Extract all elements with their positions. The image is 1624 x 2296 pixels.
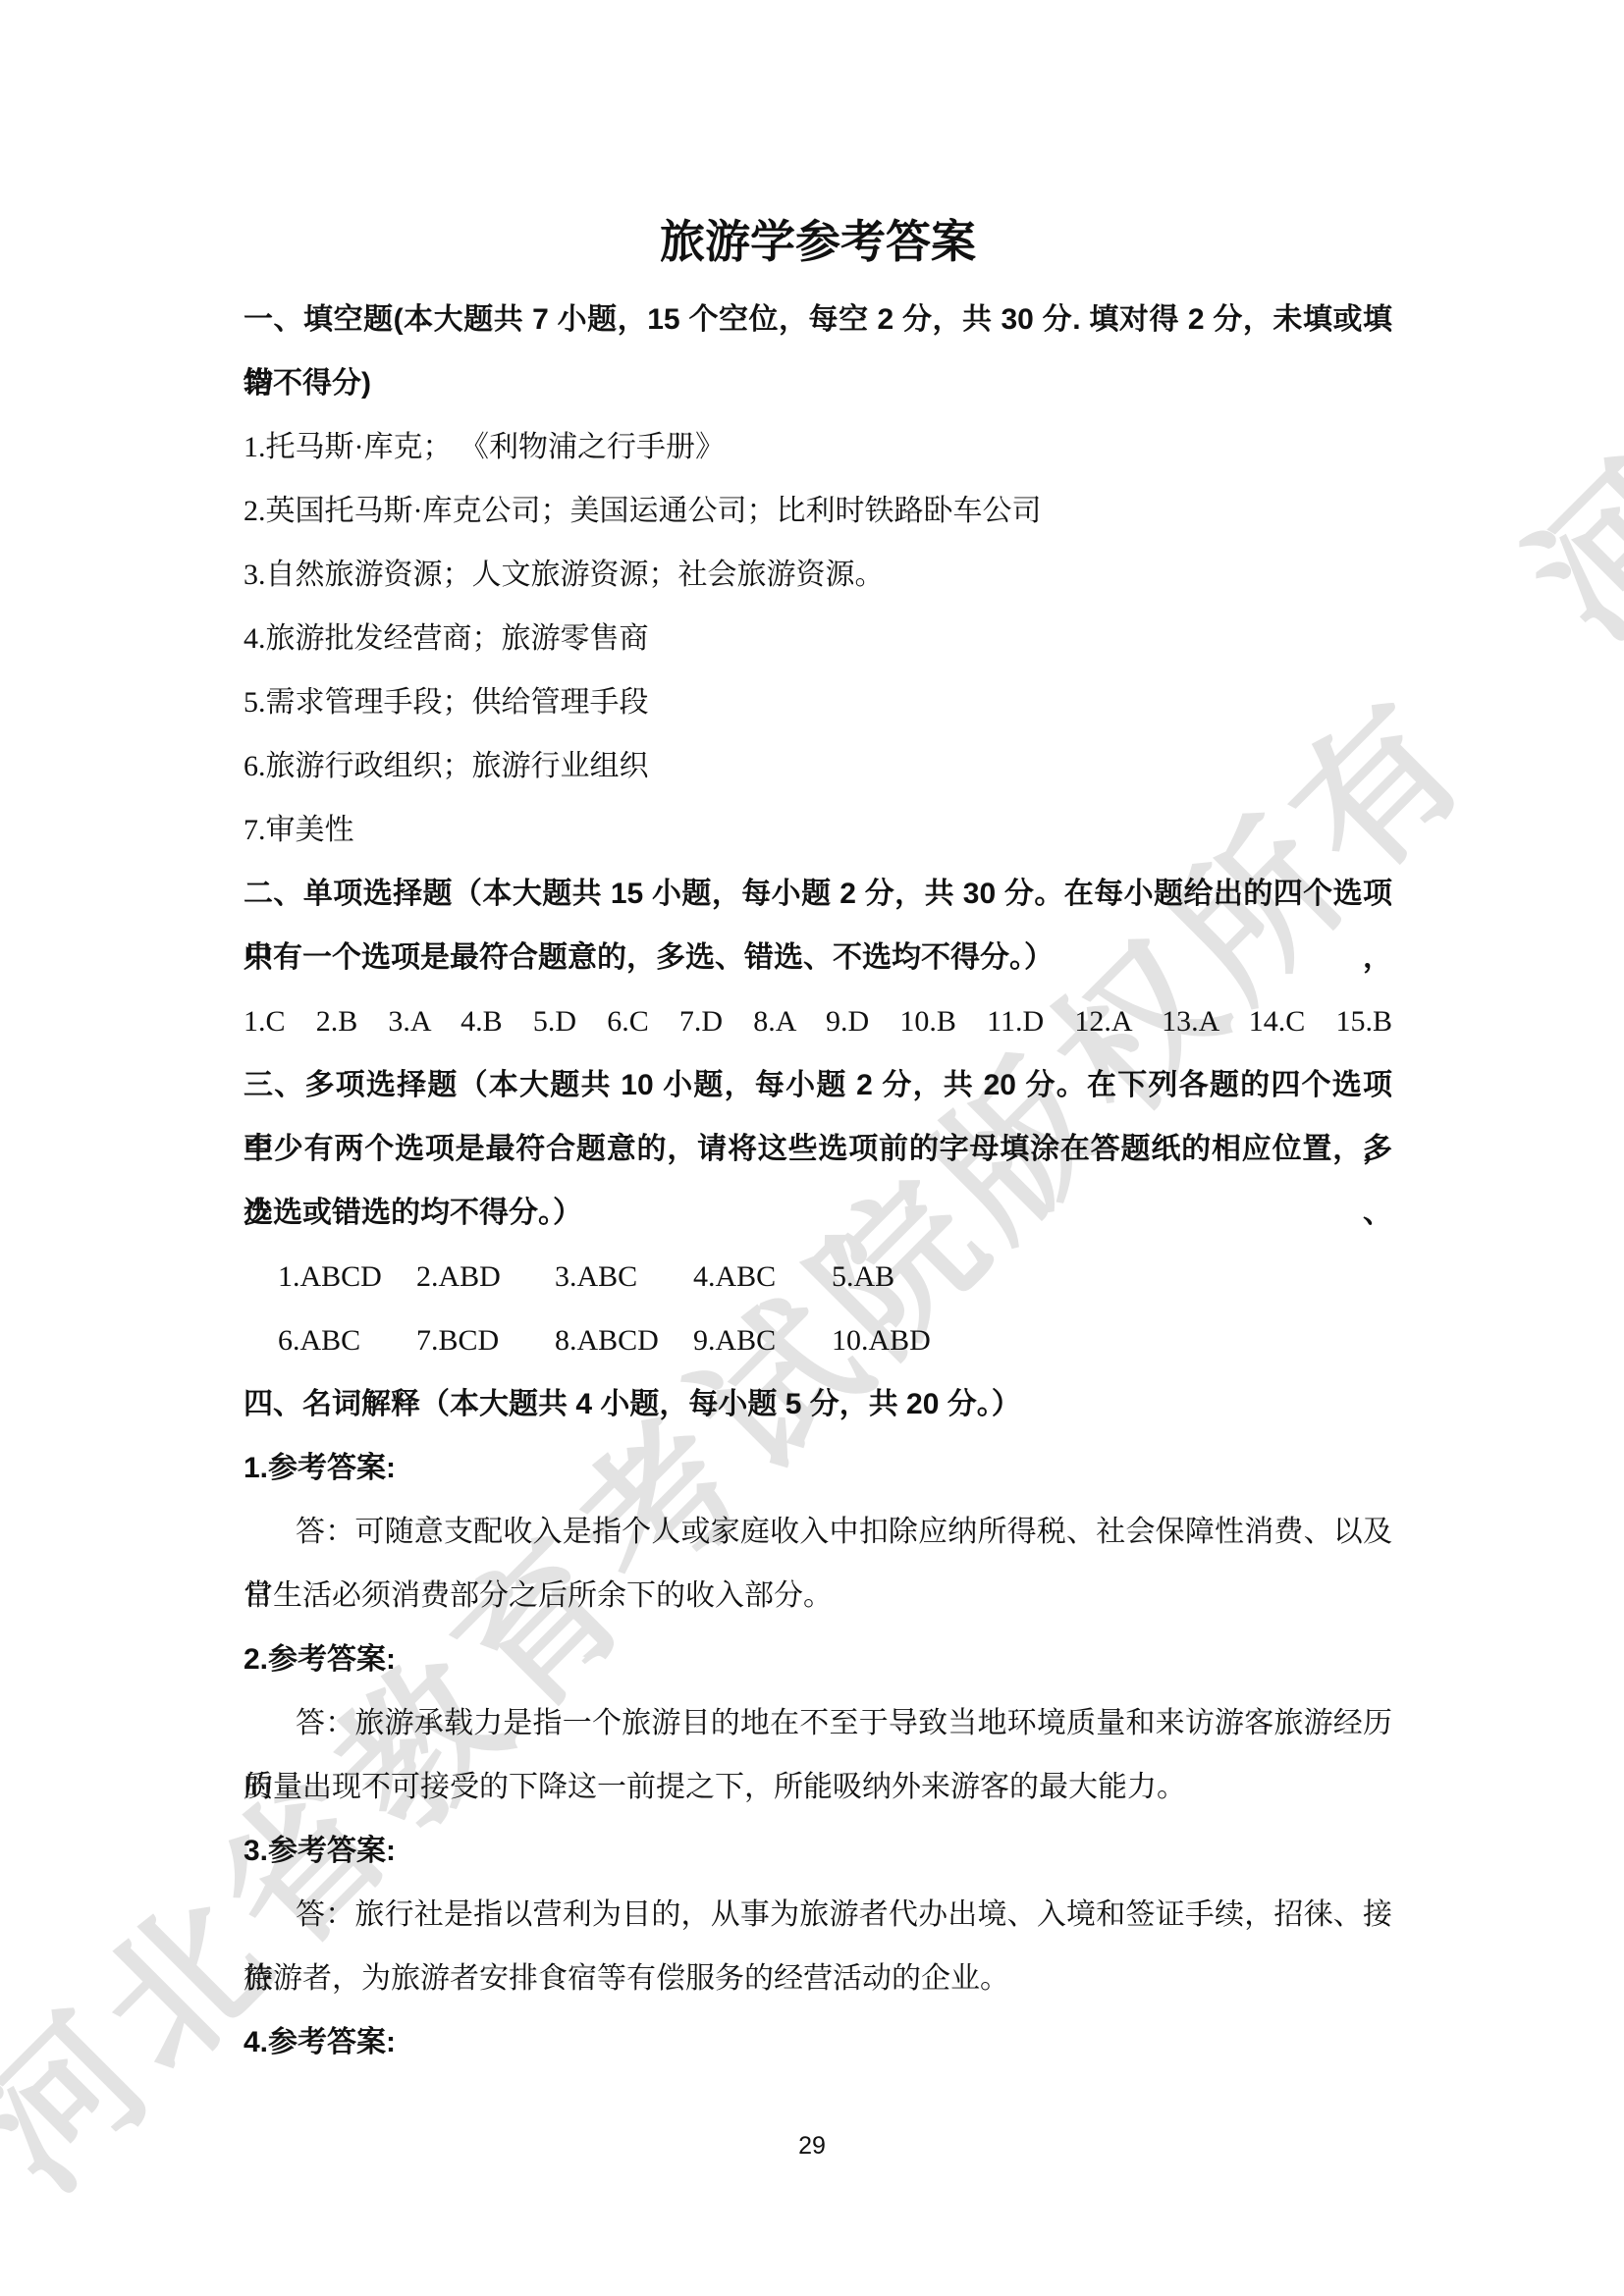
fill-answer-2: 2.英国托马斯·库克公司；美国运通公司；比利时铁路卧车公司 [244,479,1392,543]
term1-label: 1.参考答案: [244,1436,1392,1500]
term3-answer-line1: 答：旅行社是指以营利为目的，从事为旅游者代办出境、入境和签证手续，招徕、接待 [244,1883,1392,1947]
answer-cell: 5.AB [832,1245,970,1308]
term1-answer-line1: 答：可随意支配收入是指个人或家庭收入中扣除应纳所得税、社会保障性消费、以及日 [244,1500,1392,1564]
answer-cell: 1.ABCD [278,1245,416,1308]
section2-heading: 二、单项选择题（本大题共 15 小题，每小题 2 分，共 30 分。在每小题给出… [244,862,1392,926]
fill-answer-3: 3.自然旅游资源；人文旅游资源；社会旅游资源。 [244,543,1392,607]
section3-heading-cont1: 至少有两个选项是最符合题意的，请将这些选项前的字母填涂在答题纸的相应位置，多选、 [244,1117,1392,1181]
single-choice-answers: 1.C 2.B 3.A 4.B 5.D 6.C 7.D 8.A 9.D 10.B… [244,989,1392,1053]
term3-answer-line2: 旅游者，为旅游者安排食宿等有偿服务的经营活动的企业。 [244,1947,1392,2010]
answer-cell: 2.ABD [416,1245,555,1308]
section1-heading-cont: 均不得分) [244,351,1392,415]
term2-answer-line1: 答：旅游承载力是指一个旅游目的地在不至于导致当地环境质量和来访游客旅游经历的 [244,1691,1392,1755]
term2-label: 2.参考答案: [244,1628,1392,1691]
answer-cell: 9.ABC [693,1308,832,1372]
document-page: 河北省教育考试院版权所有 河北省教育考试院版权所有 旅游学参考答案 一、填空题(… [0,0,1624,2296]
section3-heading: 三、多项选择题（本大题共 10 小题，每小题 2 分，共 20 分。在下列各题的… [244,1053,1392,1117]
answer-cell: 10.ABD [832,1308,970,1372]
document-content: 旅游学参考答案 一、填空题(本大题共 7 小题，15 个空位，每空 2 分，共 … [244,200,1392,2074]
section1-heading: 一、填空题(本大题共 7 小题，15 个空位，每空 2 分，共 30 分. 填对… [244,288,1392,351]
answer-cell: 7.BCD [416,1308,555,1372]
fill-answer-4: 4.旅游批发经营商；旅游零售商 [244,607,1392,670]
fill-answer-5: 5.需求管理手段；供给管理手段 [244,670,1392,734]
multi-choice-answers-row2: 6.ABC7.BCD8.ABCD9.ABC10.ABD [244,1308,1392,1372]
multi-choice-answers-row1: 1.ABCD2.ABD3.ABC4.ABC5.AB [244,1245,1392,1308]
fill-answer-6: 6.旅游行政组织；旅游行业组织 [244,734,1392,798]
document-body: 一、填空题(本大题共 7 小题，15 个空位，每空 2 分，共 30 分. 填对… [244,288,1392,2074]
term1-answer-line2: 常生活必须消费部分之后所余下的收入部分。 [244,1564,1392,1628]
answer-cell: 6.ABC [278,1308,416,1372]
term4-label: 4.参考答案: [244,2010,1392,2074]
document-title: 旅游学参考答案 [244,200,1392,284]
term2-answer-line2: 质量出现不可接受的下降这一前提之下，所能吸纳外来游客的最大能力。 [244,1755,1392,1819]
section4-heading: 四、名词解释（本大题共 4 小题，每小题 5 分，共 20 分。） [244,1372,1392,1436]
answer-cell: 8.ABCD [555,1308,693,1372]
answer-cell: 4.ABC [693,1245,832,1308]
fill-answer-1: 1.托马斯·库克； 《利物浦之行手册》 [244,415,1392,479]
fill-answer-7: 7.审美性 [244,798,1392,862]
answer-cell: 3.ABC [555,1245,693,1308]
term3-label: 3.参考答案: [244,1819,1392,1883]
page-number: 29 [0,2132,1624,2161]
